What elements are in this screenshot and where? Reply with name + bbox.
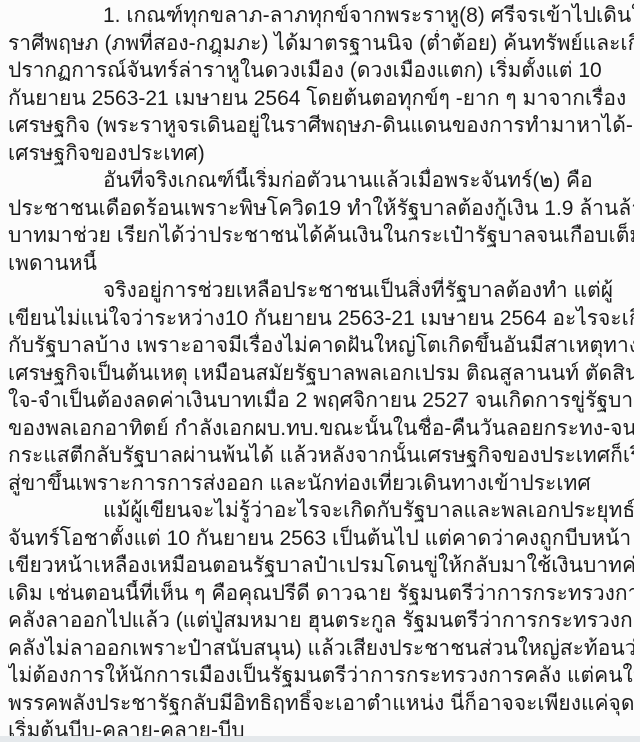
paragraph-1: 1. เกณฑ์ทุกขลาภ-ลาภทุกข์จากพระราหู(8) ศร… [8, 2, 634, 167]
text-line: คลังลาออกไปแล้ว (แต่ปู่สมหมาย ฮุนตระกูล … [8, 607, 634, 635]
text-line: ปรากฏการณ์จันทร์ล่าราหูในดวงเมือง (ดวงเม… [8, 57, 634, 85]
text-line: เศรษฐกิจเป็นต้นเหตุ เหมือนสมัยรัฐบาลพลเอ… [8, 360, 634, 388]
document-body: 1. เกณฑ์ทุกขลาภ-ลาภทุกข์จากพระราหู(8) ศร… [0, 0, 640, 742]
text-line: เขียวหน้าเหลืองเหมือนตอนรัฐบาลป๋าเปรมโดน… [8, 552, 634, 580]
text-line: ประชาชนเดือดร้อนเพราะพิษโควิด19 ทำให้รัฐ… [8, 195, 634, 223]
paragraph-4: แม้ผู้เขียนจะไม่รู้ว่าอะไรจะเกิดกับรัฐบา… [8, 497, 634, 742]
text-line: กระแสตีกลับรัฐบาลผ่านพ้นได้ แล้วหลังจากน… [8, 442, 634, 470]
text-line: คลังไม่ลาออกเพราะป๋าสนับสนุน) แล้วเสียงป… [8, 635, 634, 663]
paragraph-2: อันที่จริงเกณฑ์นี้เริ่มก่อตัวนานแล้วเมื่… [8, 167, 634, 277]
text-line: ราศีพฤษภ (ภพที่สอง-กฎุมภะ) ได้มาตรฐานนิจ… [8, 30, 634, 58]
text-line: เศรษฐกิจของประเทศ) [8, 140, 634, 168]
bottom-edge-band [0, 736, 640, 742]
text-line: กับรัฐบาลบ้าง เพราะอาจมีเรื่องไม่คาดฝันใ… [8, 332, 634, 360]
text-line: ใจ-จำเป็นต้องลดค่าเงินบาทเมื่อ 2 พฤศจิกา… [8, 387, 634, 415]
paragraph-3: จริงอยู่การช่วยเหลือประชาชนเป็นสิ่งที่รั… [8, 277, 634, 497]
text-line: บาทมาช่วย เรียกได้ว่าประชาชนได้ค้นเงินใน… [8, 222, 634, 250]
text-line: จันทร์โอชาตั้งแต่ 10 กันยายน 2563 เป็นต้… [8, 525, 634, 553]
text-line: กันยายน 2563-21 เมษายน 2564 โดยต้นตอทุกข… [8, 85, 634, 113]
text-line: 1. เกณฑ์ทุกขลาภ-ลาภทุกข์จากพระราหู(8) ศร… [8, 2, 634, 30]
page: 1. เกณฑ์ทุกขลาภ-ลาภทุกข์จากพระราหู(8) ศร… [0, 0, 640, 742]
text-line: จริงอยู่การช่วยเหลือประชาชนเป็นสิ่งที่รั… [8, 277, 634, 305]
text-line: เพดานหนี้ [8, 250, 634, 278]
text-line: เขียนไม่แน่ใจว่าระหว่าง10 กันยายน 2563-2… [8, 305, 634, 333]
text-line: แม้ผู้เขียนจะไม่รู้ว่าอะไรจะเกิดกับรัฐบา… [8, 497, 634, 525]
text-line: พรรคพลังประชารัฐกลับมีอิทธิฤทธิ์จะเอาตำแ… [8, 690, 634, 718]
text-line: เดิม เช่นตอนนี้ที่เห็น ๆ คือคุณปรีดี ดาว… [8, 580, 634, 608]
text-line: ของพลเอกอาทิตย์ กำลังเอกผบ.ทบ.ขณะนั้นในช… [8, 415, 634, 443]
text-line: เศรษฐกิจ (พระราหูจรเดินอยู่ในราศีพฤษภ-ดิ… [8, 112, 634, 140]
text-line: ไม่ต้องการให้นักการเมืองเป็นรัฐมนตรีว่าก… [8, 662, 634, 690]
text-line: สู่ขาขึ้นเพราะการการส่งออก และนักท่องเที… [8, 470, 634, 498]
text-line: อันที่จริงเกณฑ์นี้เริ่มก่อตัวนานแล้วเมื่… [8, 167, 634, 195]
